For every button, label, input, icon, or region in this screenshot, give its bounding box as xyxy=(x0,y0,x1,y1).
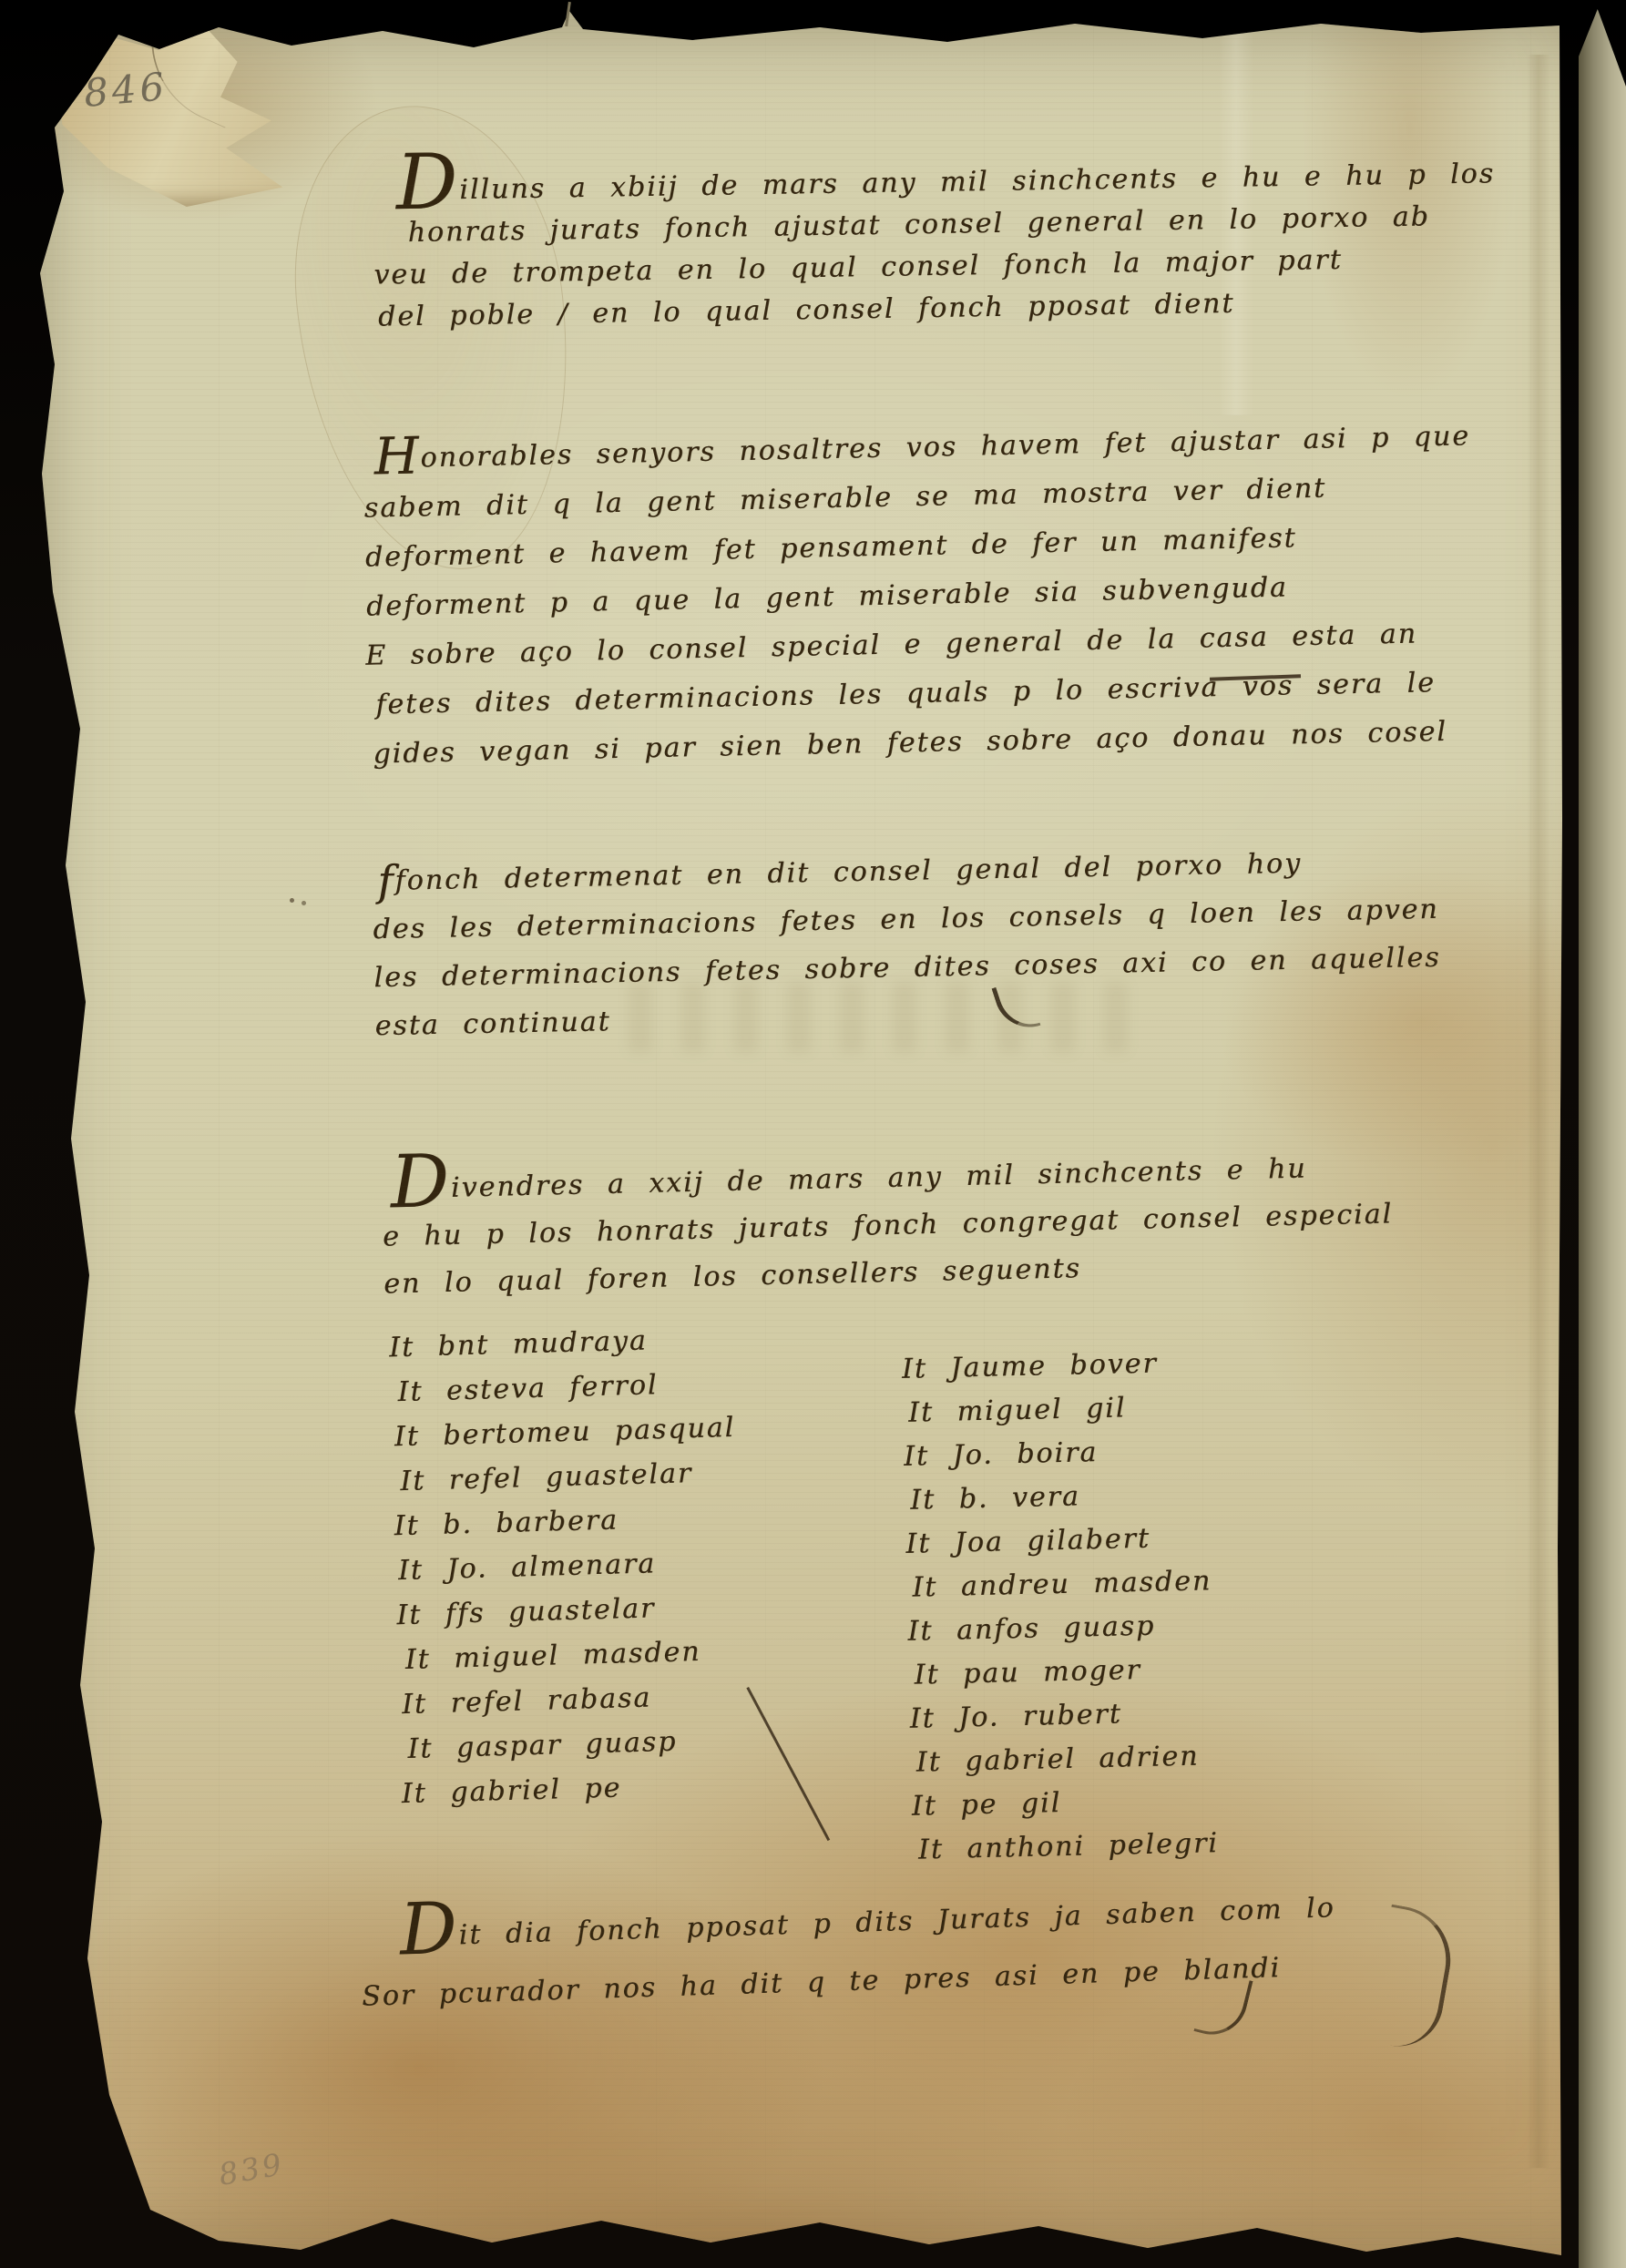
attendee-column-right: It Jaume bover It miguel gil It Jo. boir… xyxy=(902,1341,1220,1872)
attendee-item: It anthoni pelegri xyxy=(917,1822,1219,1872)
attendee-item: It gabriel adrien xyxy=(915,1734,1217,1784)
attendee-item: It Jaume bover xyxy=(902,1341,1209,1392)
attendee-item: It Joa gilabert xyxy=(905,1516,1212,1567)
entry-paragraph-dilluns: Dilluns a xbiij de mars any mil sinchcen… xyxy=(371,153,1498,338)
attendee-item: It b. vera xyxy=(910,1472,1212,1522)
entry-paragraph-divendres: Divendres a xxij de mars any mil sinchce… xyxy=(381,1143,1395,1308)
entry-paragraph-proposicio: Honorables senyors nosaltres vos havem f… xyxy=(363,412,1477,779)
margin-dots xyxy=(290,898,294,903)
attendee-item: It gabriel pe xyxy=(401,1762,746,1817)
attendee-item: It anfos guasp xyxy=(907,1603,1214,1654)
attendee-item: It miguel masden xyxy=(404,1629,742,1682)
entry-paragraph-dit-dia: Dit dia fonch pposat p dits Jurats ja sa… xyxy=(359,1879,1337,2027)
attendee-item: It refel guastelar xyxy=(400,1450,738,1504)
manuscript-page: 846 Dilluns a xbiij de mars any mil sinc… xyxy=(0,0,1626,2268)
pen-flourish xyxy=(746,1687,830,1841)
attendee-item: It Jo. boira xyxy=(904,1428,1211,1479)
attendee-item: It pe gil xyxy=(911,1778,1218,1829)
attendee-item: It miguel gil xyxy=(908,1384,1210,1435)
underlying-page-edge xyxy=(1579,0,1626,2268)
scan-backdrop: 846 Dilluns a xbiij de mars any mil sinc… xyxy=(0,0,1626,2268)
attendee-item: It Jo. rubert xyxy=(909,1691,1216,1742)
pen-flourish xyxy=(1367,1905,1458,2054)
attendee-item: It andreu masden xyxy=(912,1559,1213,1609)
attendee-column-left: It bnt mudraya It esteva ferrol It berto… xyxy=(389,1316,746,1816)
entry-paragraph-determinacio: ffonch determenat en dit consel genal de… xyxy=(372,837,1442,1050)
attendee-item: It pau moger xyxy=(914,1647,1215,1697)
folio-number: 846 xyxy=(82,64,169,116)
pencil-folio-number: 839 xyxy=(216,2146,287,2192)
right-edge-crease xyxy=(1527,55,1550,2168)
